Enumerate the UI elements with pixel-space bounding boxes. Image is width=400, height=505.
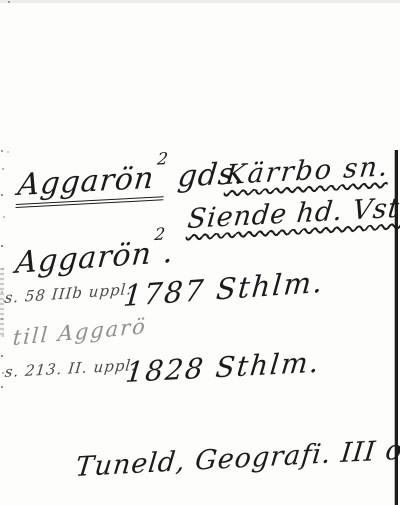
entry-name: Aggarön: [14, 236, 153, 281]
reference2-citation: s. 213. II. uppl.: [4, 356, 138, 381]
reference1-citation: s. 58 IIIb uppl.: [4, 280, 133, 307]
reference2-edition: 1828 Sthlm.: [124, 346, 322, 389]
headword-underlined: Aggarön2: [15, 160, 167, 208]
scan-top-edge: [0, 0, 400, 3]
headword: Aggarön: [16, 161, 156, 203]
source-line: Tuneld, Geografi. III o. II.: [74, 432, 400, 483]
headword-superscript: 2: [156, 148, 169, 168]
entry-name-line: Aggarön2.: [14, 235, 175, 281]
parish-line: Kärrbo sn.: [224, 151, 391, 191]
reference1-edition: 1787 Sthlm.: [122, 265, 326, 313]
entry-name-superscript: 2: [154, 224, 167, 244]
archive-card: Aggarön2gds. Kärrbo sn. Siende hd. Vst. …: [0, 0, 400, 505]
word-gap: [165, 187, 177, 188]
headword-line: Aggarön2gds.: [16, 156, 247, 203]
district-line: Siende hd. Vst.: [186, 192, 400, 235]
pencil-note: till Aggarö: [12, 314, 148, 350]
scan-speckle-noise: [1, 150, 3, 152]
